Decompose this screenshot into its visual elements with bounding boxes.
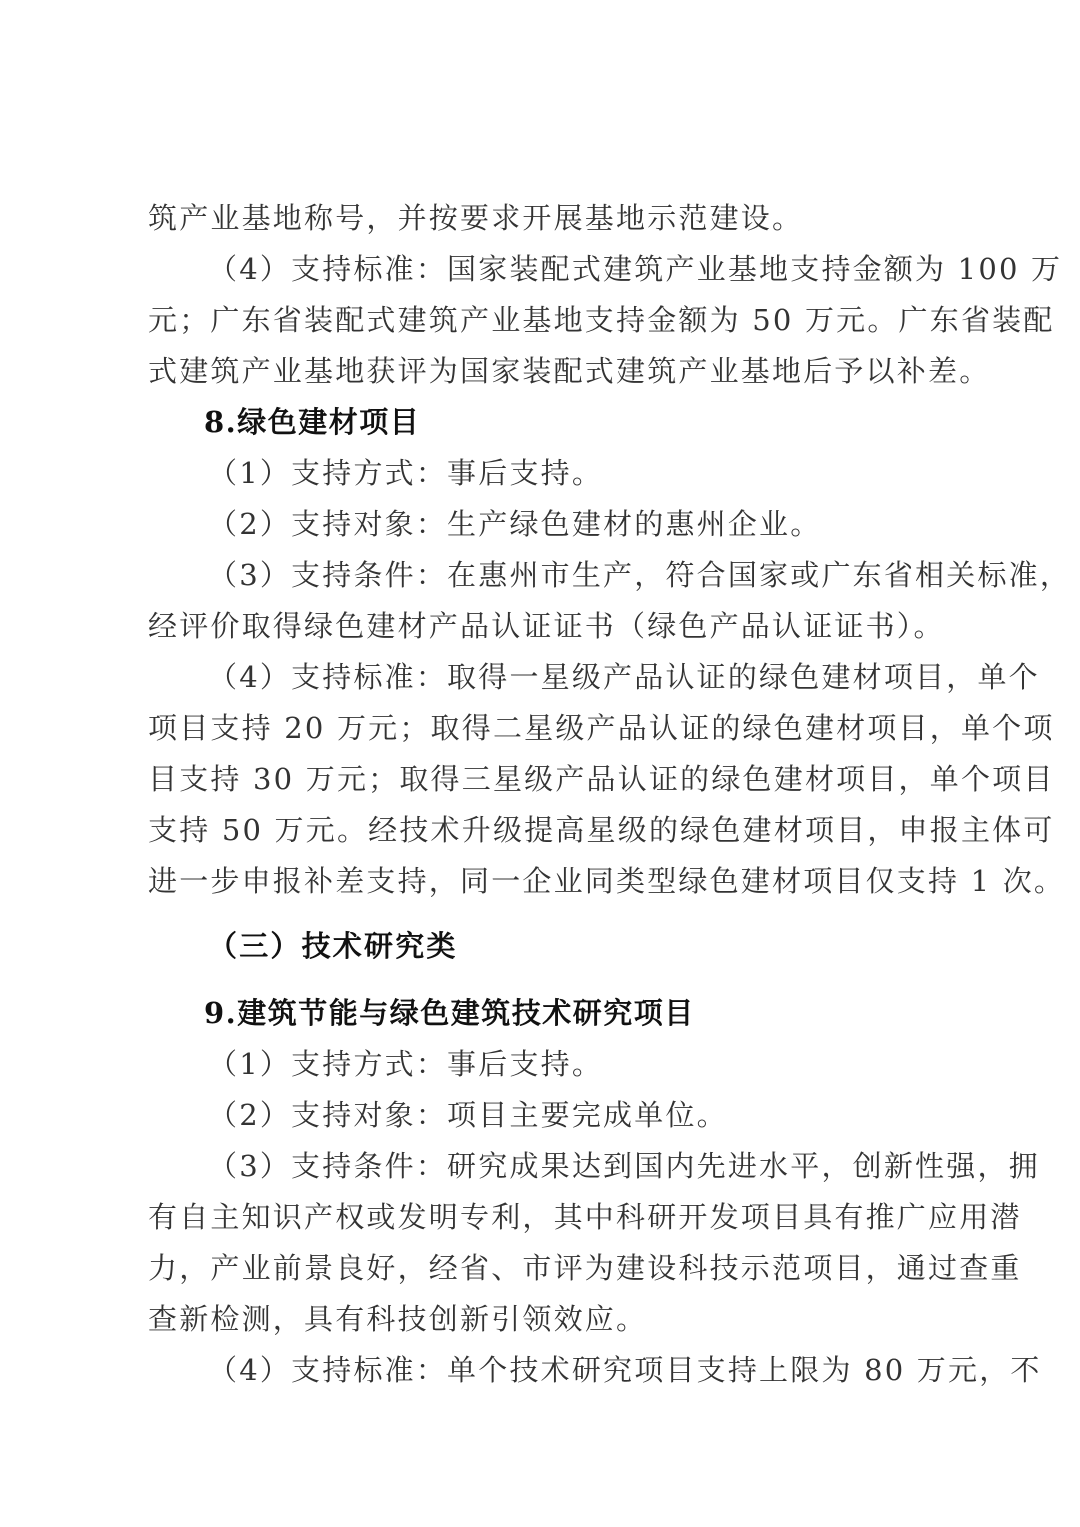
paragraph-line: 筑产业基地称号，并按要求开展基地示范建设。 <box>148 193 972 244</box>
paragraph-line: 力，产业前景良好，经省、市评为建设科技示范项目，通过查重 <box>148 1243 972 1294</box>
paragraph-line: （2）支持对象：项目主要完成单位。 <box>148 1090 972 1141</box>
paragraph-line: 进一步申报补差支持，同一企业同类型绿色建材项目仅支持 1 次。 <box>148 856 972 907</box>
paragraph-line: 目支持 30 万元；取得三星级产品认证的绿色建材项目，单个项目 <box>148 754 972 805</box>
paragraph-line: 式建筑产业基地获评为国家装配式建筑产业基地后予以补差。 <box>148 346 972 397</box>
paragraph-line: 支持 50 万元。经技术升级提高星级的绿色建材项目，申报主体可 <box>148 805 972 856</box>
paragraph-line: （1）支持方式：事后支持。 <box>148 448 972 499</box>
paragraph-line: （3）支持条件：在惠州市生产，符合国家或广东省相关标准， <box>148 550 972 601</box>
paragraph-line: （4）支持标准：单个技术研究项目支持上限为 80 万元，不 <box>148 1345 972 1396</box>
paragraph-line: （3）支持条件：研究成果达到国内先进水平，创新性强，拥 <box>148 1141 972 1192</box>
document-page: 筑产业基地称号，并按要求开展基地示范建设。 （4）支持标准：国家装配式建筑产业基… <box>148 193 972 1396</box>
paragraph-line: 查新检测，具有科技创新引领效应。 <box>148 1294 972 1345</box>
section-heading-3: （三）技术研究类 <box>148 921 972 972</box>
paragraph-line: 元；广东省装配式建筑产业基地支持金额为 50 万元。广东省装配 <box>148 295 972 346</box>
paragraph-line: 经评价取得绿色建材产品认证证书（绿色产品认证证书）。 <box>148 601 972 652</box>
item-heading-8: 8.绿色建材项目 <box>148 397 972 448</box>
paragraph-line: （4）支持标准：取得一星级产品认证的绿色建材项目，单个 <box>148 652 972 703</box>
paragraph-line: 有自主知识产权或发明专利，其中科研开发项目具有推广应用潜 <box>148 1192 972 1243</box>
paragraph-line: （2）支持对象：生产绿色建材的惠州企业。 <box>148 499 972 550</box>
paragraph-line: （1）支持方式：事后支持。 <box>148 1039 972 1090</box>
paragraph-line: 项目支持 20 万元；取得二星级产品认证的绿色建材项目，单个项 <box>148 703 972 754</box>
paragraph-line: （4）支持标准：国家装配式建筑产业基地支持金额为 100 万 <box>148 244 972 295</box>
item-heading-9: 9.建筑节能与绿色建筑技术研究项目 <box>148 988 972 1039</box>
